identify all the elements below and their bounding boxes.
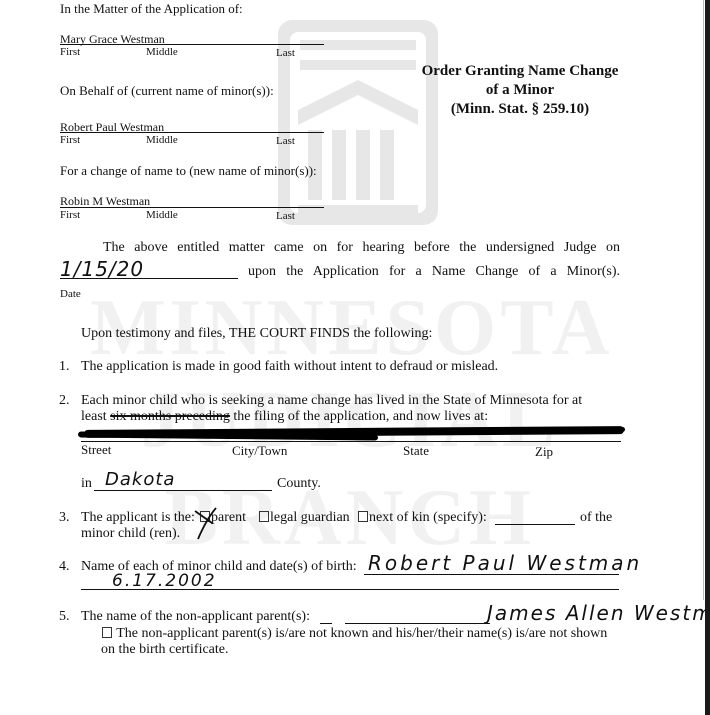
item-number: 2. — [59, 393, 70, 409]
county-suffix: County. — [277, 476, 321, 492]
title-line: (Minn. Stat. § 259.10) — [395, 100, 645, 119]
finding-2-struck-text: six months preceding — [110, 409, 230, 424]
name-part-last: Last — [276, 47, 295, 59]
new-minor-name-line — [60, 207, 324, 208]
address-redaction-mark — [520, 427, 625, 432]
finding-3-suffix: of the — [580, 510, 612, 526]
county-prefix: in — [81, 476, 92, 492]
finding-5-label: The name of the non-applicant parent(s): — [81, 609, 310, 625]
option-legal-guardian[interactable]: legal guardian — [259, 510, 350, 526]
name-part-middle: Middle — [146, 46, 178, 58]
page-edge-line — [703, 0, 704, 600]
dob-handwritten: 6.17.2002 — [112, 571, 217, 591]
county-handwritten: Dakota — [105, 469, 175, 490]
name-part-middle: Middle — [146, 134, 178, 146]
check-mark-icon — [192, 505, 218, 541]
option-next-of-kin[interactable]: next of kin (specify): — [358, 510, 487, 526]
item-number: 1. — [59, 359, 70, 375]
finding-2-line2: least six months preceding the filing of… — [81, 409, 488, 425]
address-line — [81, 441, 621, 442]
unknown-parent-text-line2: on the birth certificate. — [101, 642, 229, 658]
next-of-kin-specify-line — [495, 524, 575, 525]
title-line: of a Minor — [395, 81, 645, 100]
unknown-parent-option[interactable]: The non-applicant parent(s) is/are not k… — [102, 626, 607, 642]
title-line: Order Granting Name Change — [395, 62, 645, 81]
option-label: next of kin (specify): — [369, 510, 487, 525]
date-label: Date — [60, 288, 81, 300]
address-label-state: State — [403, 443, 429, 459]
finding-3-prefix: The applicant is the: — [81, 510, 195, 526]
name-part-first: First — [60, 134, 80, 146]
dob-line — [81, 589, 619, 590]
name-part-first: First — [60, 209, 80, 221]
hearing-text-line1: The above entitled matter came on for he… — [103, 240, 620, 256]
new-name-label: For a change of name to (new name of min… — [60, 163, 317, 179]
current-minor-label: On Behalf of (current name of minor(s)): — [60, 83, 274, 99]
legal-guardian-checkbox[interactable] — [259, 511, 269, 522]
finding-1-text: The application is made in good faith wi… — [81, 359, 498, 375]
non-applicant-line — [320, 623, 332, 624]
finding-2-rest: the filing of the application, and now l… — [233, 409, 488, 424]
applicant-name-line — [60, 44, 324, 45]
finding-2-prefix: least — [81, 409, 107, 424]
option-label: legal guardian — [270, 510, 350, 525]
matter-label: In the Matter of the Application of: — [60, 1, 243, 17]
minor-name-handwritten: Robert Paul Westman — [368, 551, 642, 575]
current-minor-name-line — [60, 132, 324, 133]
next-of-kin-checkbox[interactable] — [358, 511, 368, 522]
unknown-parent-checkbox[interactable] — [102, 627, 112, 638]
address-label-street: Street — [81, 442, 111, 458]
finding-3-line2: minor child (ren). — [81, 526, 180, 542]
finding-2-line1: Each minor child who is seeking a name c… — [81, 393, 582, 409]
unknown-parent-text: The non-applicant parent(s) is/are not k… — [116, 626, 607, 641]
non-applicant-name-handwritten: James Allen Westman — [487, 601, 710, 625]
hearing-text-line2: upon the Application for a Name Change o… — [248, 264, 620, 280]
document-title: Order Granting Name Change of a Minor (M… — [395, 62, 645, 119]
document-page: MINNESOTA JUDICIAL BRANCH In the Matter … — [0, 0, 705, 715]
hearing-date-line — [60, 278, 238, 279]
item-number: 4. — [59, 559, 70, 575]
item-number: 3. — [59, 510, 70, 526]
address-label-zip: Zip — [535, 444, 553, 460]
non-applicant-line — [345, 623, 490, 624]
name-part-first: First — [60, 46, 80, 58]
item-number: 5. — [59, 609, 70, 625]
address-label-city: City/Town — [232, 443, 287, 459]
page-edge-bar — [705, 0, 710, 715]
findings-intro: Upon testimony and files, THE COURT FIND… — [81, 326, 432, 342]
name-part-last: Last — [276, 210, 295, 222]
minor-name-line — [364, 574, 619, 575]
name-part-middle: Middle — [146, 209, 178, 221]
county-line — [94, 490, 272, 491]
name-part-last: Last — [276, 135, 295, 147]
